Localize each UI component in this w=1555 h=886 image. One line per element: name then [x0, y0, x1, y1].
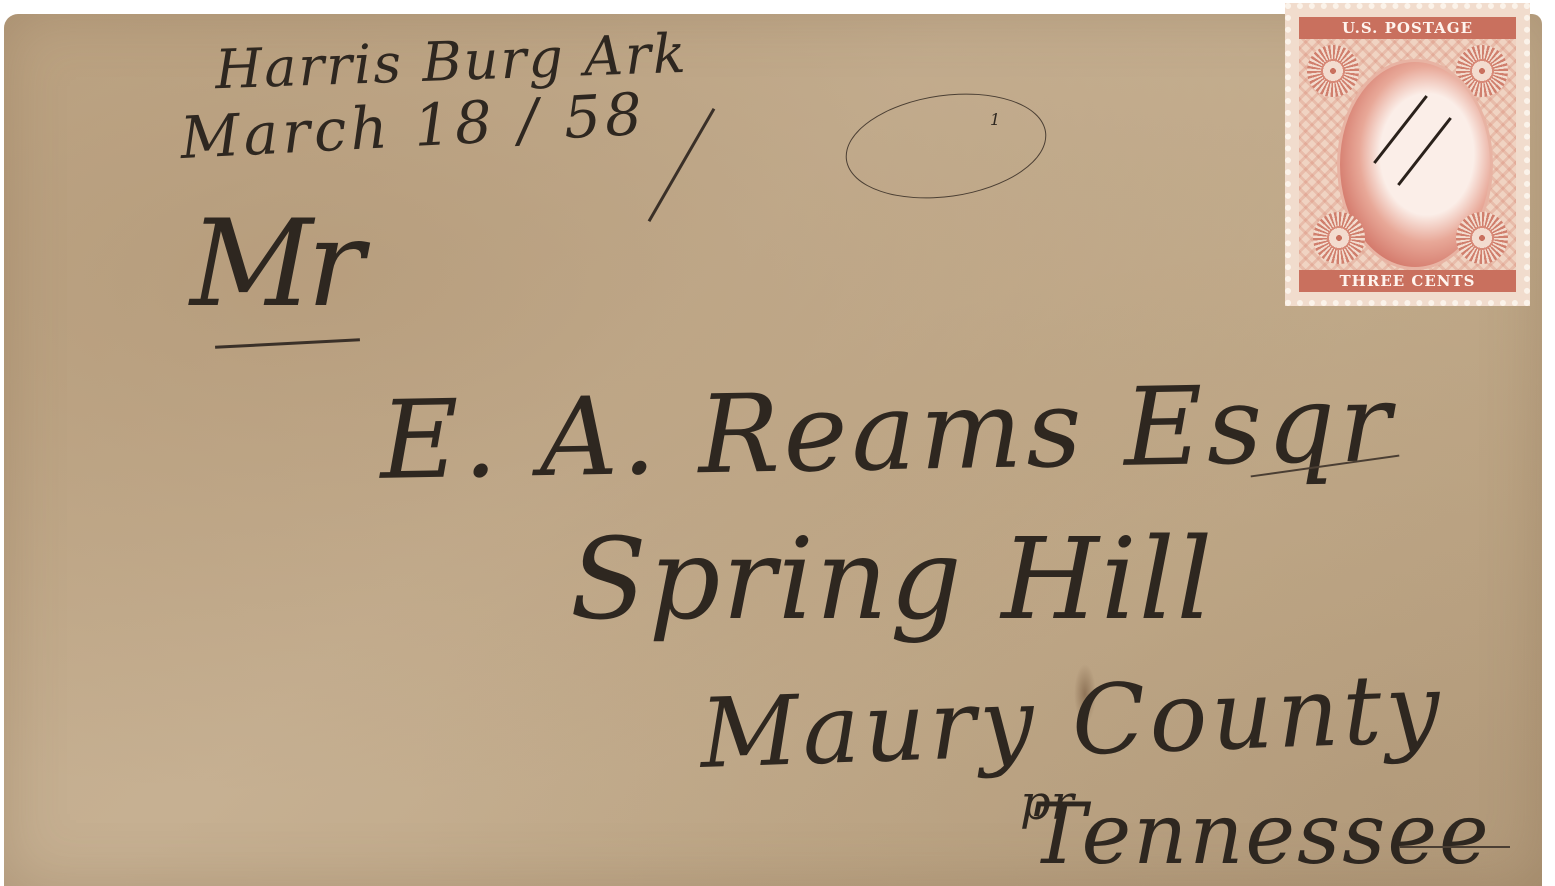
- rosette-icon: [1456, 212, 1508, 264]
- recipient-state: Tennessee: [1030, 785, 1491, 883]
- stamp-engraving: U.S. POSTAGE THREE CENTS: [1299, 17, 1516, 292]
- state-flourish: [1400, 846, 1510, 848]
- stamp-top-label: U.S. POSTAGE: [1299, 17, 1516, 39]
- honorific: Mr: [190, 195, 358, 334]
- rosette-icon: [1307, 45, 1359, 97]
- stamp-bottom-label: THREE CENTS: [1299, 270, 1516, 292]
- recipient-name: E. A. Reams Esqr: [379, 361, 1396, 504]
- postage-stamp: U.S. POSTAGE THREE CENTS: [1285, 3, 1530, 306]
- oval-mark-text: 1: [990, 110, 1000, 129]
- recipient-town: Spring Hill: [570, 515, 1214, 645]
- rosette-icon: [1313, 212, 1365, 264]
